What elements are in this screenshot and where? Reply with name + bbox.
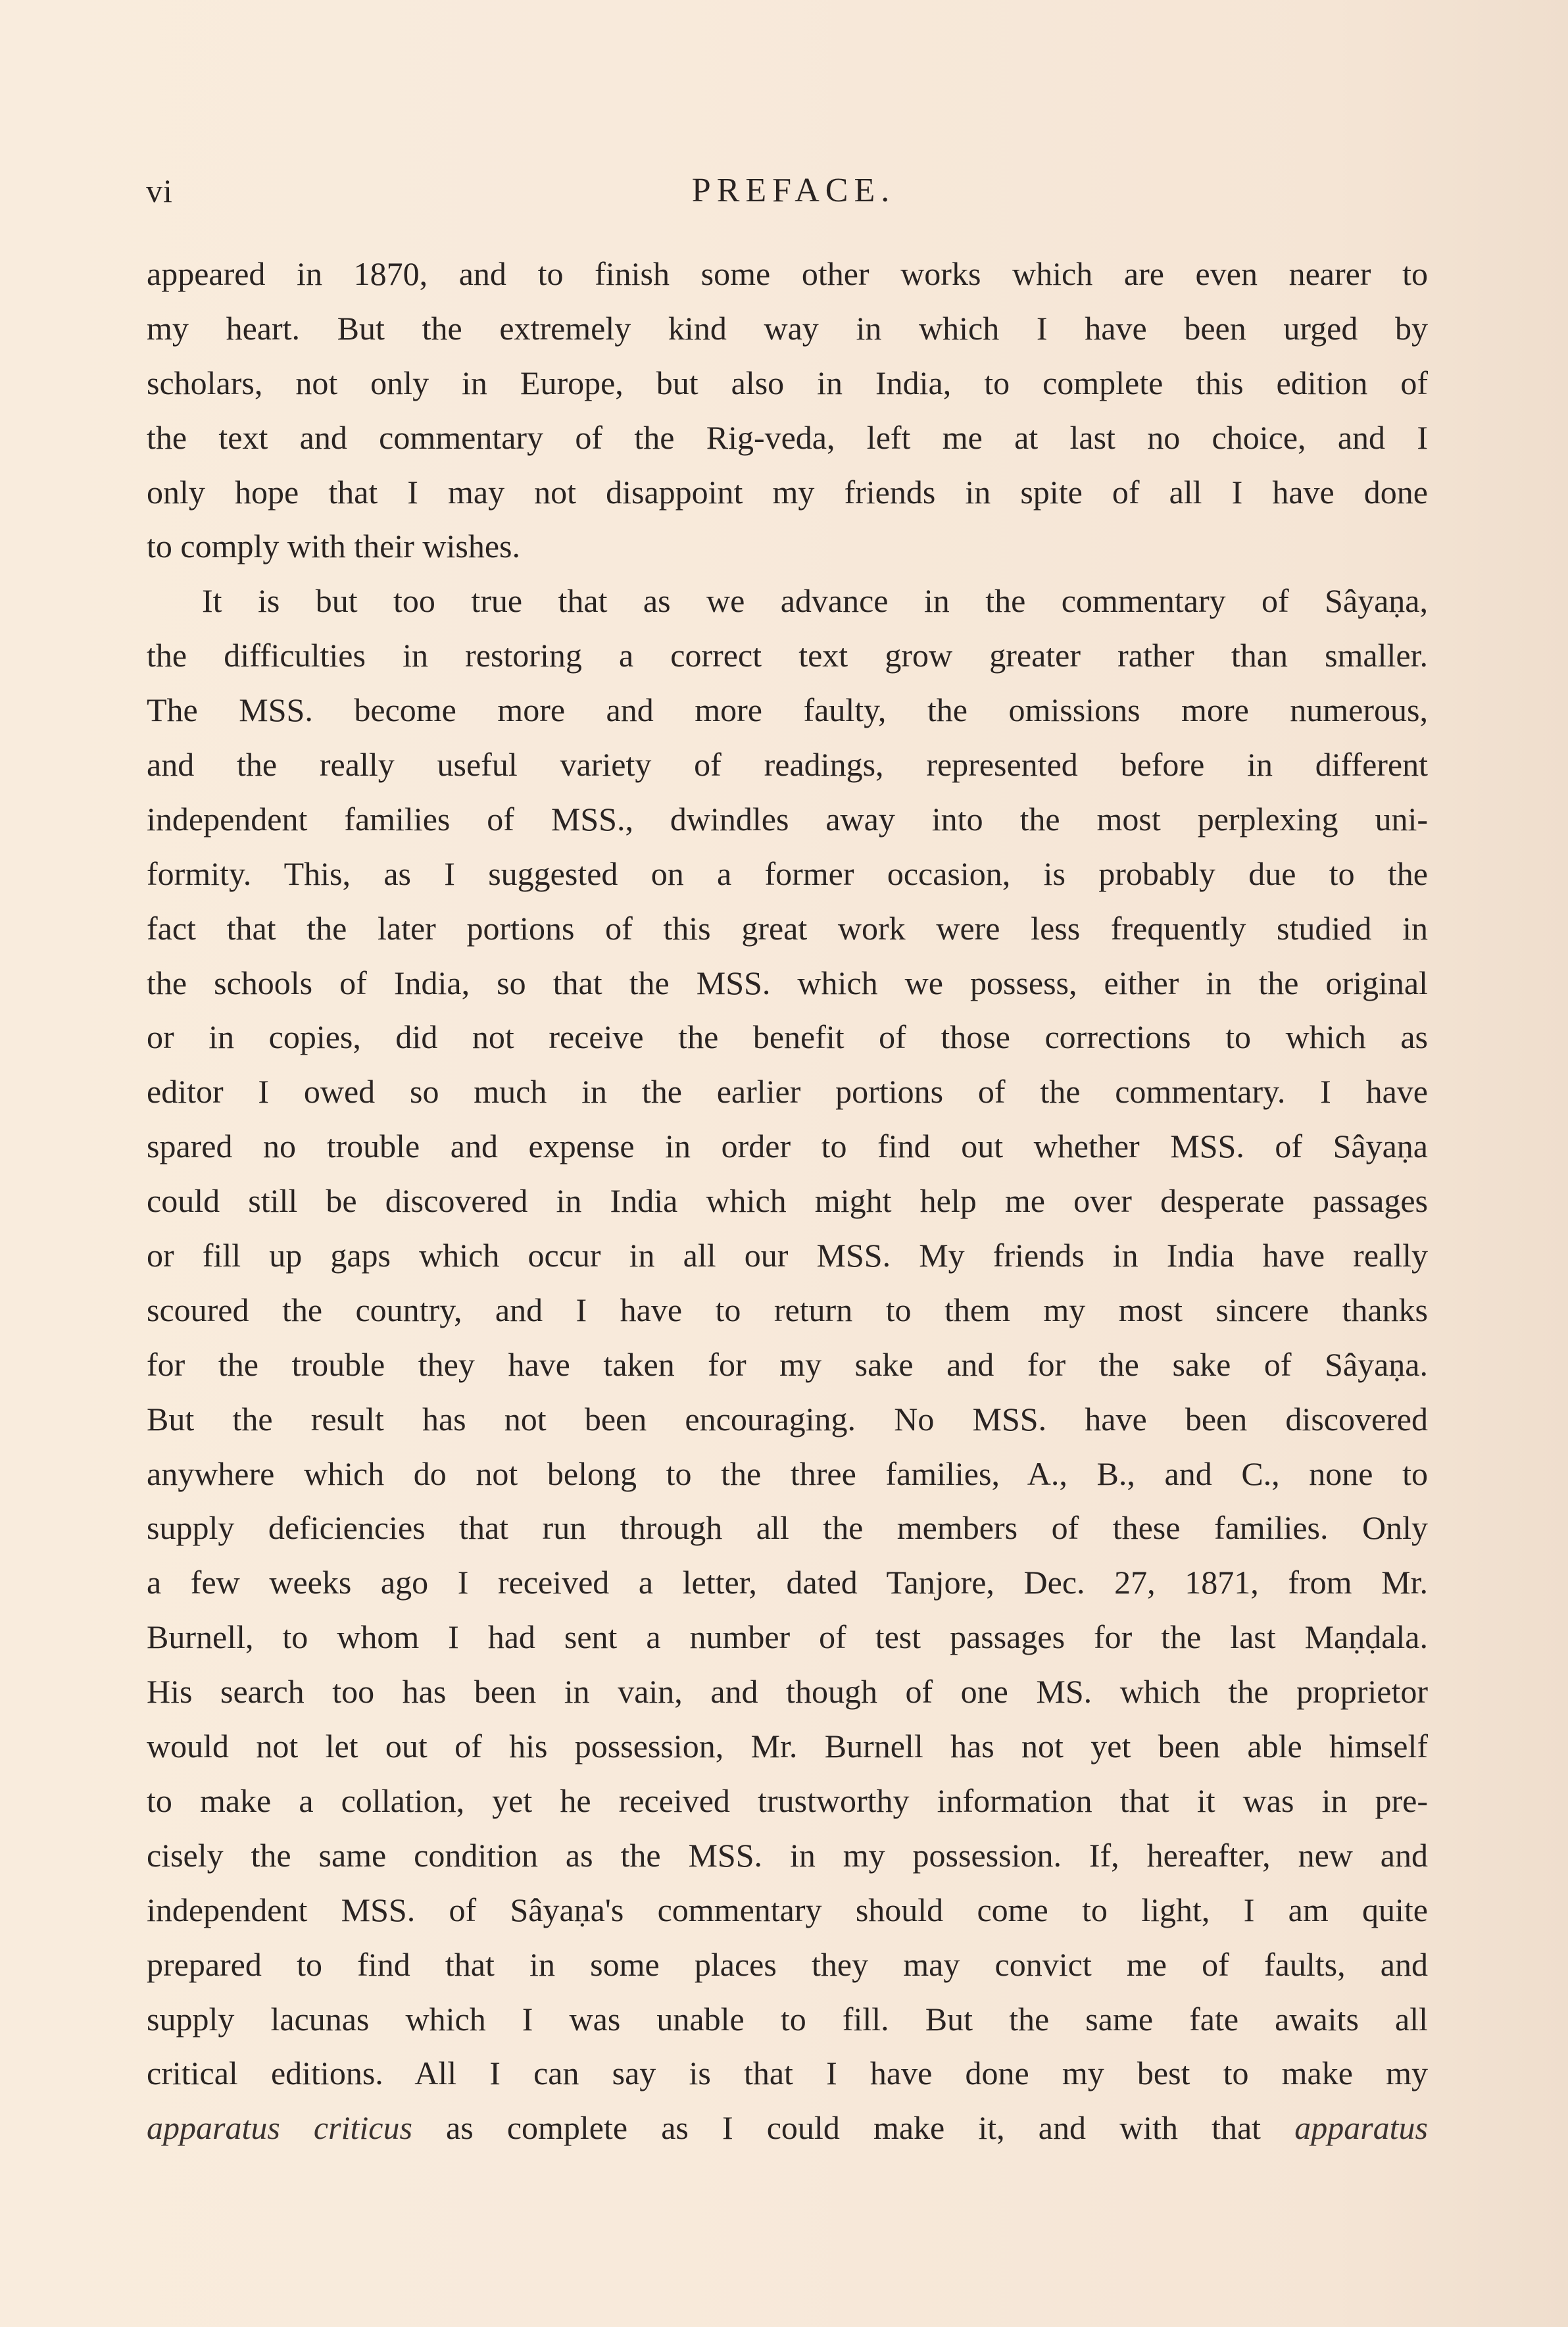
text-line: independent families of MSS., dwindles a… xyxy=(147,797,1428,852)
text-line: independent MSS. of Sâyaṇa's commentary … xyxy=(147,1888,1428,1943)
text-line: the difficulties in restoring a correct … xyxy=(147,634,1428,688)
page-title: PREFACE. xyxy=(146,170,1432,212)
text-line: or fill up gaps which occur in all our M… xyxy=(147,1234,1428,1288)
text-line: His search too has been in vain, and tho… xyxy=(147,1670,1428,1724)
text-line: or in copies, did not receive the benefi… xyxy=(147,1015,1428,1070)
text-line: only hope that I may not disappoint my f… xyxy=(147,470,1428,525)
text-line: But the result has not been encouraging.… xyxy=(147,1397,1428,1452)
text-line-mixed: apparatus criticus as complete as I coul… xyxy=(147,2106,1428,2161)
text-line: scholars, not only in Europe, but also i… xyxy=(147,361,1428,416)
text-line: prepared to find that in some places the… xyxy=(147,1943,1428,1997)
text-line: The MSS. become more and more faulty, th… xyxy=(147,688,1428,743)
text-line: critical editions. All I can say is that… xyxy=(147,2051,1428,2106)
text-line: supply deficiencies that run through all… xyxy=(147,1506,1428,1561)
italic-phrase: apparatus xyxy=(1294,2109,1428,2146)
text-line: Burnell, to whom I had sent a number of … xyxy=(147,1615,1428,1670)
paragraph-start-line: It is but too true that as we advance in… xyxy=(147,579,1428,634)
text-line: scoured the country, and I have to retur… xyxy=(147,1288,1428,1343)
text-line: anywhere which do not belong to the thre… xyxy=(147,1452,1428,1507)
text-line: and the really useful variety of reading… xyxy=(147,743,1428,797)
italic-phrase: apparatus criticus xyxy=(147,2109,412,2146)
text-line: spared no trouble and expense in order t… xyxy=(147,1124,1428,1179)
text-line: a few weeks ago I received a letter, dat… xyxy=(147,1561,1428,1615)
text-line: for the trouble they have taken for my s… xyxy=(147,1343,1428,1397)
running-head: vi PREFACE. xyxy=(146,170,1432,216)
text-line: would not let out of his possession, Mr.… xyxy=(147,1724,1428,1779)
text-line: formity. This, as I suggested on a forme… xyxy=(147,852,1428,907)
text-line: my heart. But the extremely kind way in … xyxy=(147,307,1428,361)
text-line: could still be discovered in India which… xyxy=(147,1179,1428,1234)
text-line: the text and commentary of the Rig-veda,… xyxy=(147,416,1428,470)
text-run: as complete as I could make it, and with… xyxy=(412,2109,1294,2146)
text-line: fact that the later portions of this gre… xyxy=(147,907,1428,961)
body-text: appeared in 1870, and to finish some oth… xyxy=(147,252,1428,2161)
text-line: appeared in 1870, and to finish some oth… xyxy=(147,252,1428,307)
text-line: cisely the same condition as the MSS. in… xyxy=(147,1834,1428,1888)
text-line: to comply with their wishes. xyxy=(147,524,1428,579)
text-line: to make a collation, yet he received tru… xyxy=(147,1779,1428,1834)
book-page: vi PREFACE. appeared in 1870, and to fin… xyxy=(0,0,1568,2327)
text-line: the schools of India, so that the MSS. w… xyxy=(147,961,1428,1016)
text-line: supply lacunas which I was unable to fil… xyxy=(147,1997,1428,2052)
text-line: editor I owed so much in the earlier por… xyxy=(147,1070,1428,1124)
